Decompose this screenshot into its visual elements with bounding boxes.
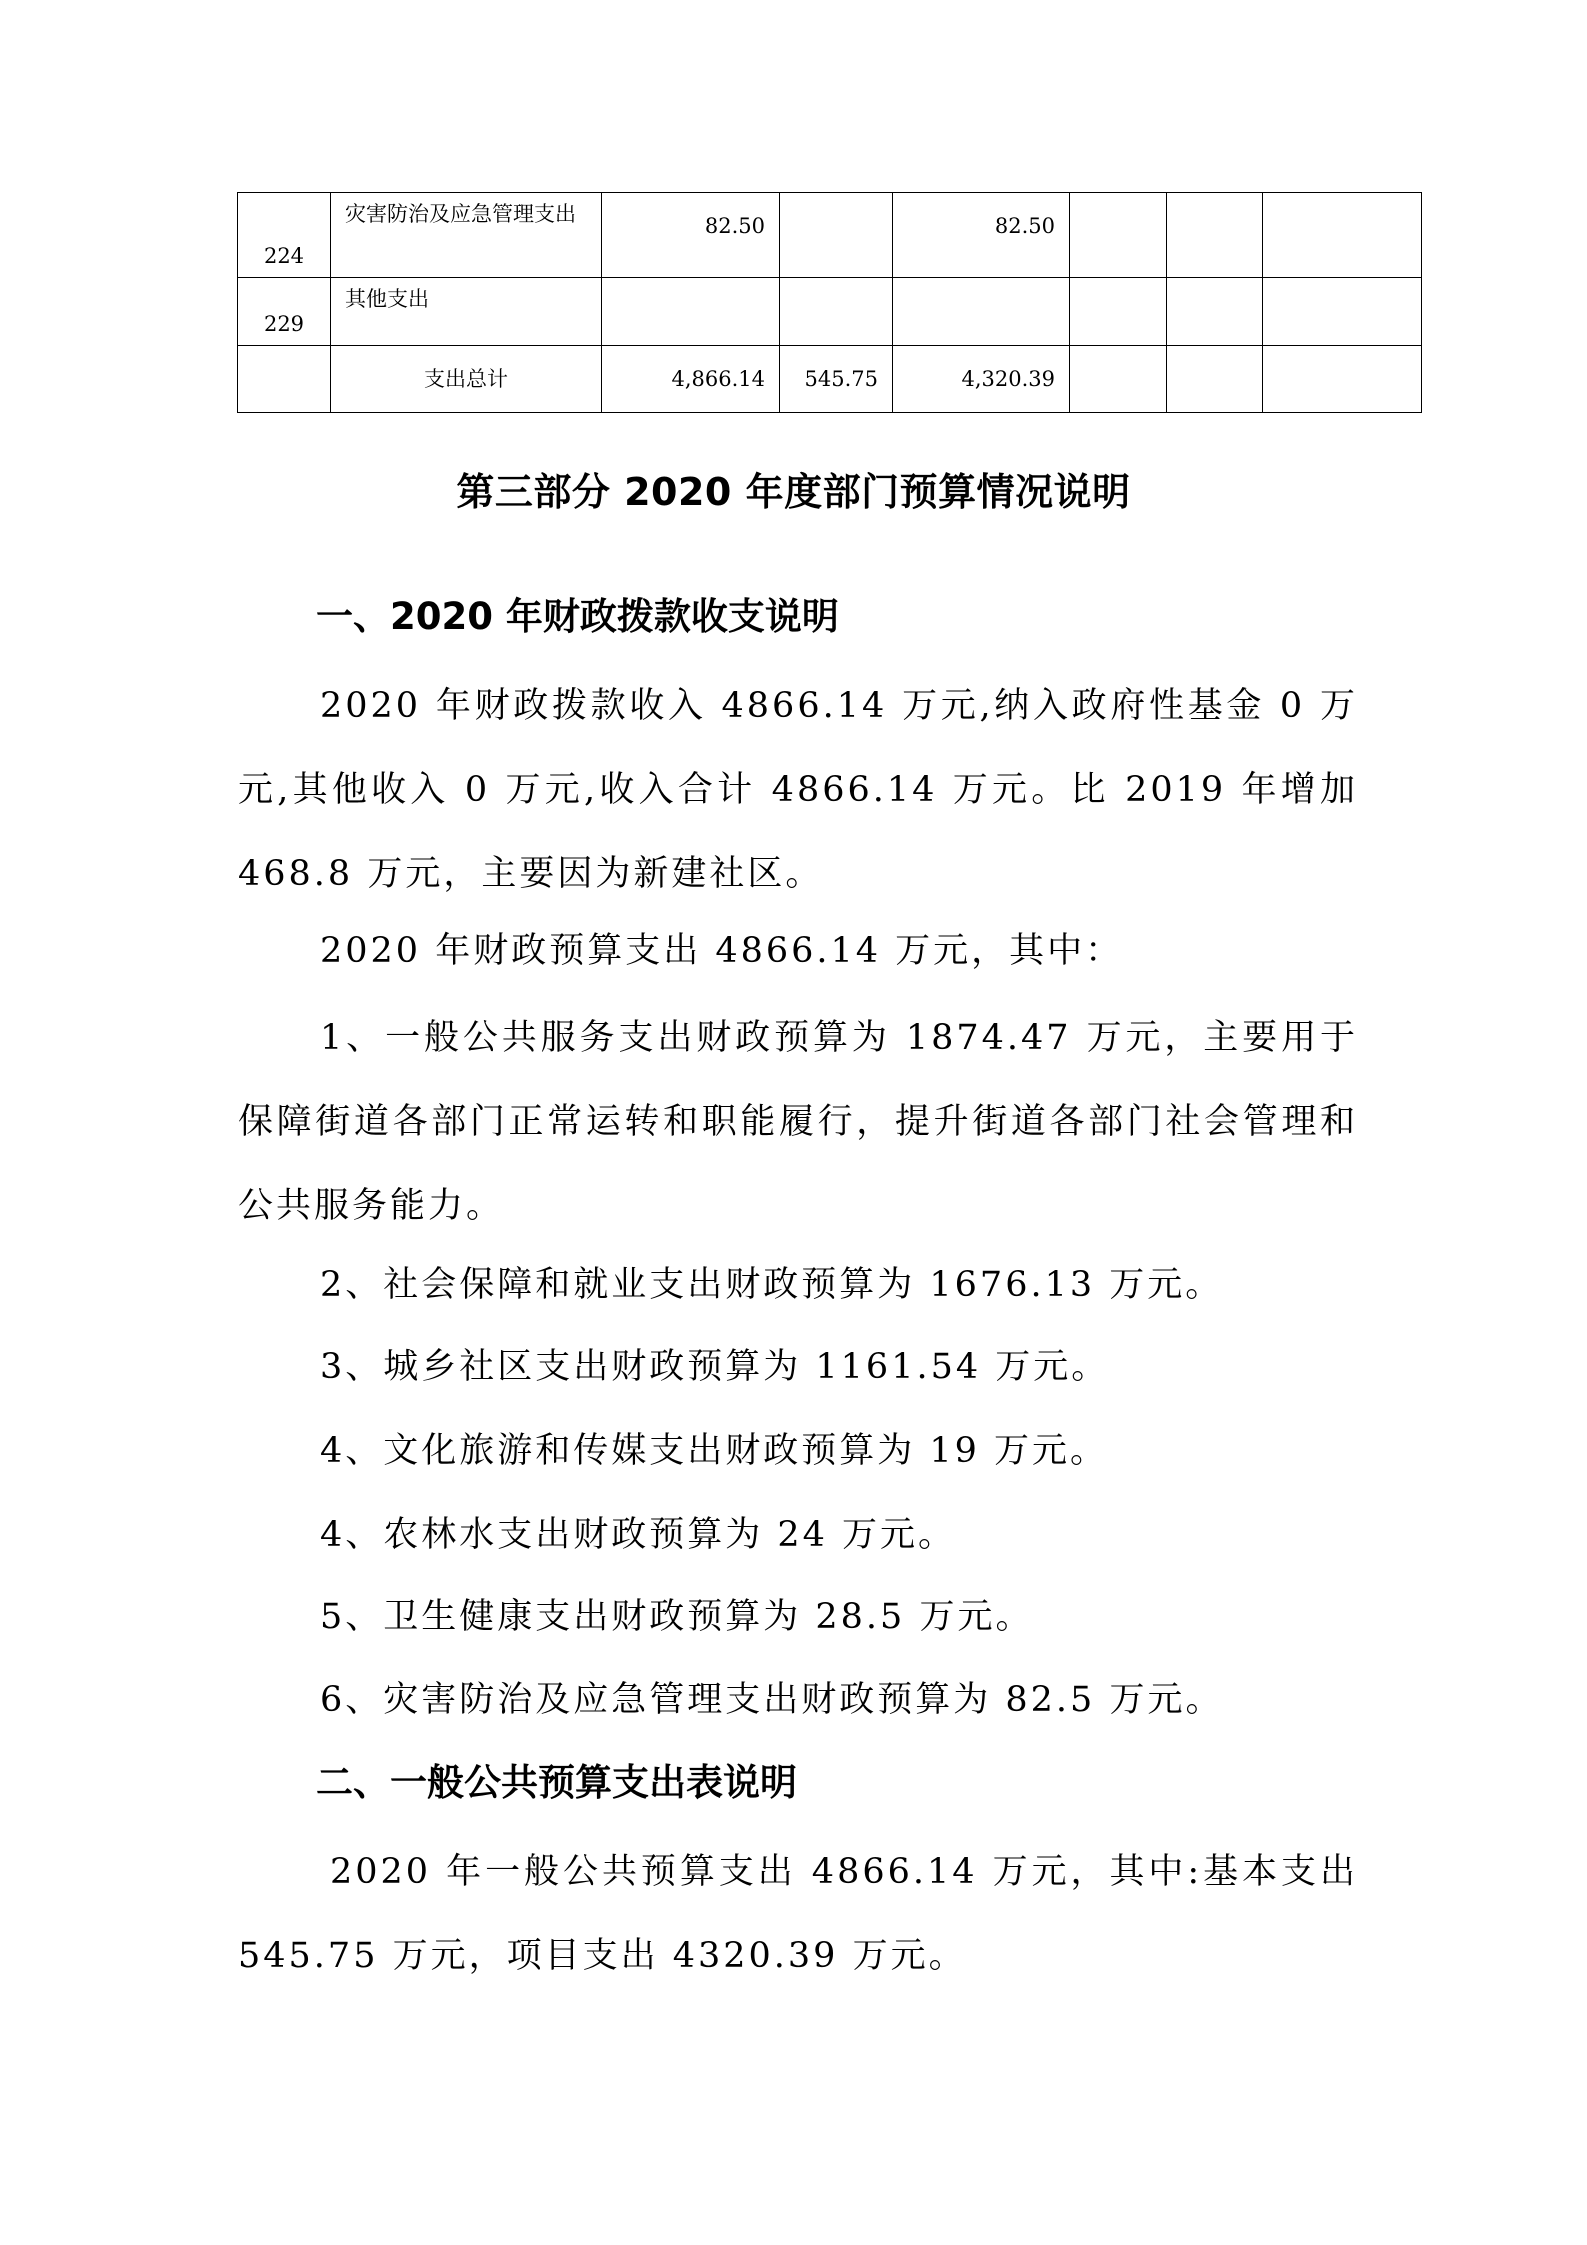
general-budget-paragraph: 2020 年一般公共预算支出 4866.14 万元，其中:基本支出 545.75… (238, 1830, 1358, 1998)
part-title: 第三部分 2020 年度部门预算情况说明 (0, 464, 1587, 520)
row-basic: 545.75 (780, 346, 893, 413)
row-col8 (1263, 193, 1422, 278)
row-name: 其他支出 (331, 278, 602, 346)
row-col6 (1070, 193, 1167, 278)
row-code: 229 (238, 278, 331, 346)
row-name: 灾害防治及应急管理支出 (331, 193, 602, 278)
row-project: 4,320.39 (893, 346, 1070, 413)
row-name: 支出总计 (331, 346, 602, 413)
expense-item-6: 5、卫生健康支出财政预算为 28.5 万元。 (320, 1590, 1033, 1644)
row-col7 (1167, 193, 1263, 278)
row-code: 224 (238, 193, 331, 278)
document-page: 224 灾害防治及应急管理支出 82.50 82.50 229 其他支出 (0, 0, 1587, 2245)
row-basic (780, 193, 893, 278)
expense-item-7: 6、灾害防治及应急管理支出财政预算为 82.5 万元。 (320, 1673, 1223, 1727)
row-col6 (1070, 346, 1167, 413)
expense-intro: 2020 年财政预算支出 4866.14 万元，其中： (320, 924, 1123, 978)
row-basic (780, 278, 893, 346)
row-project (893, 278, 1070, 346)
budget-expenditure-table: 224 灾害防治及应急管理支出 82.50 82.50 229 其他支出 (237, 192, 1422, 413)
income-paragraph: 2020 年财政拨款收入 4866.14 万元,纳入政府性基金 0 万元,其他收… (238, 664, 1358, 916)
expense-item-3: 3、城乡社区支出财政预算为 1161.54 万元。 (320, 1340, 1109, 1394)
expense-item-4: 4、文化旅游和传媒支出财政预算为 19 万元。 (320, 1424, 1108, 1478)
row-code (238, 346, 331, 413)
table-total-row: 支出总计 4,866.14 545.75 4,320.39 (238, 346, 1422, 413)
row-col6 (1070, 278, 1167, 346)
expense-item-5: 4、农林水支出财政预算为 24 万元。 (320, 1508, 956, 1562)
section-heading-1: 一、2020 年财政拨款收支说明 (316, 590, 839, 644)
row-project: 82.50 (893, 193, 1070, 278)
row-total (602, 278, 780, 346)
section-heading-2: 二、一般公共预算支出表说明 (316, 1756, 797, 1810)
row-total: 82.50 (602, 193, 780, 278)
table-row: 224 灾害防治及应急管理支出 82.50 82.50 (238, 193, 1422, 278)
row-col7 (1167, 346, 1263, 413)
expense-item-2: 2、社会保障和就业支出财政预算为 1676.13 万元。 (320, 1258, 1223, 1312)
expense-item-1: 1、一般公共服务支出财政预算为 1874.47 万元，主要用于保障街道各部门正常… (238, 996, 1358, 1248)
table-row: 229 其他支出 (238, 278, 1422, 346)
row-col8 (1263, 278, 1422, 346)
row-total: 4,866.14 (602, 346, 780, 413)
row-col7 (1167, 278, 1263, 346)
row-col8 (1263, 346, 1422, 413)
